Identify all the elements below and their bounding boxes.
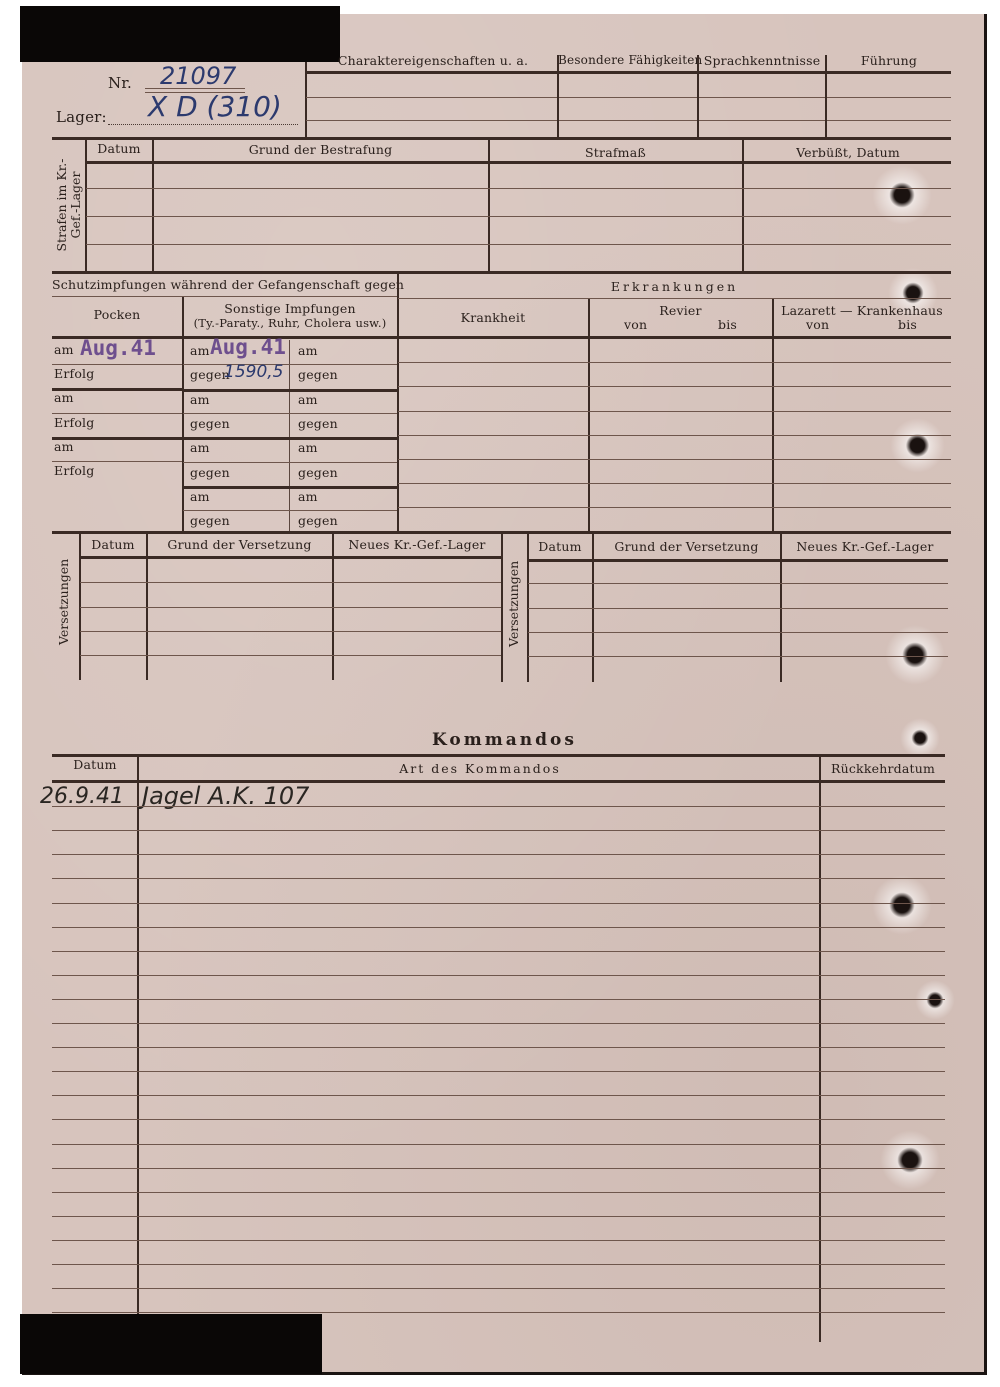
redaction-top-left	[20, 6, 340, 62]
punishments-side-label: Strafen im Kr.-Gef.-Lager	[55, 151, 85, 259]
transfers-left-header-camp: Neues Kr.-Gef.-Lager	[333, 537, 501, 552]
sonstige-row-rule	[183, 413, 397, 414]
pocken-row-label: Erfolg	[54, 415, 94, 430]
prisoner-number: 21097	[160, 62, 236, 90]
transfers-header-rule	[528, 559, 948, 562]
sonstige-header-2: (Ty.-Paraty., Ruhr, Cholera usw.)	[183, 316, 397, 330]
kommandos-top-rule	[52, 754, 945, 757]
sonstige-col2-label: am	[298, 440, 318, 455]
kommando-row-rule	[52, 1047, 945, 1048]
sonstige-col2-label: gegen	[298, 513, 338, 528]
traits-row-rule	[306, 97, 951, 98]
sonstige-col2-label: am	[298, 343, 318, 358]
sonstige-col2-label: am	[298, 392, 318, 407]
transfers-right-side-label: Versetzungen	[507, 567, 521, 647]
kommando-row-rule	[52, 999, 945, 1000]
punishments-col-rule	[85, 139, 87, 271]
illness-row-rule	[398, 507, 951, 508]
section-rule	[52, 137, 951, 140]
illnesses-title: Erkrankungen	[398, 279, 951, 294]
sonstige-col1-label: am	[190, 392, 210, 407]
illness-row-rule	[398, 362, 951, 363]
sonstige-col2-label: gegen	[298, 465, 338, 480]
illnesses-col-rule	[772, 299, 774, 531]
record-card	[22, 14, 987, 1375]
sonstige-col1-label: gegen	[190, 416, 230, 431]
illnesses-header-rule	[398, 336, 951, 339]
lager-dotted-line	[108, 124, 298, 125]
sonstige-row-rule	[183, 364, 397, 365]
kommando-row-rule	[52, 1168, 945, 1169]
kommando-row-rule	[52, 1264, 945, 1265]
illnesses-col-rule	[588, 299, 590, 531]
pocken-row-rule	[52, 461, 182, 462]
kommando-row-rule	[52, 1119, 945, 1120]
transfer-row-rule	[528, 608, 948, 609]
punch-hole	[915, 980, 955, 1020]
kommando-row-rule	[52, 854, 945, 855]
punishments-header-rule	[86, 161, 951, 164]
traits-header-languages: Sprachkenntnisse	[698, 53, 826, 68]
transfers-left-header-reason: Grund der Versetzung	[147, 537, 332, 552]
illness-row-rule	[398, 459, 951, 460]
transfer-row-rule	[528, 632, 948, 633]
punishments-col-rule	[152, 139, 154, 271]
revier-von-label: von	[624, 317, 647, 332]
pocken-stamp: Aug.41	[80, 336, 156, 360]
kommando-row-rule	[52, 1071, 945, 1072]
pocken-row-rule	[52, 413, 182, 414]
kommandos-col-rule	[819, 756, 821, 1342]
transfer-row-rule	[80, 631, 501, 632]
illness-row-rule	[398, 483, 951, 484]
sonstige-row-rule	[183, 437, 397, 440]
kommando-row-rule	[52, 1192, 945, 1193]
lazarett-bis-label: bis	[898, 317, 917, 332]
traits-header-character: Charaktereigenschaften u. a.	[308, 53, 558, 68]
transfer-row-rule	[80, 582, 501, 583]
transfers-right-header-reason: Grund der Versetzung	[593, 539, 780, 554]
kommando-row-rule	[52, 1312, 945, 1313]
transfers-left-side-label: Versetzungen	[57, 565, 71, 645]
traits-header-rule	[306, 71, 951, 74]
sonstige-col1-label: am	[190, 343, 210, 358]
transfer-row-rule	[80, 655, 501, 656]
sonstige-col2-label: gegen	[298, 416, 338, 431]
punch-hole	[885, 625, 945, 685]
punishments-side-text: Strafen im Kr.-Gef.-Lager	[54, 158, 83, 251]
kommando-row-rule	[52, 830, 945, 831]
kommandos-title: Kommandos	[432, 730, 577, 750]
illnesses-title-rule	[398, 298, 951, 299]
kommando-row-rule	[52, 878, 945, 879]
kommandos-header-type: Art des Kommandos	[140, 761, 820, 776]
kommando-row-rule	[52, 1216, 945, 1217]
traits-header-abilities: Besondere Fähigkeiten	[558, 53, 698, 67]
vaccinations-col-rule	[182, 297, 184, 531]
illness-row-rule	[398, 435, 951, 436]
redaction-bottom-left	[20, 1314, 322, 1374]
punch-hole	[880, 1130, 940, 1190]
vaccinations-title: Schutzimpfungen während der Gefangenscha…	[52, 277, 397, 292]
lager-value: X D (310)	[148, 90, 282, 123]
sonstige-col2-label: gegen	[298, 367, 338, 382]
sonstige-col1-label: am	[190, 489, 210, 504]
pocken-row-label: am	[54, 390, 74, 405]
sonstige-stamp: Aug.41	[210, 335, 286, 359]
illness-row-rule	[398, 411, 951, 412]
transfers-col-rule	[501, 534, 503, 682]
revier-header: Revier	[589, 303, 772, 318]
transfer-row-rule	[528, 583, 948, 584]
kommando-row-rule	[52, 1144, 945, 1145]
lazarett-von-label: von	[806, 317, 829, 332]
sonstige-handwritten: 1590,5	[224, 362, 283, 382]
punishments-header-sentence: Strafmaß	[489, 145, 742, 160]
punishments-header-served: Verbüßt, Datum	[743, 145, 953, 160]
pocken-header: Pocken	[52, 307, 182, 322]
kommando-row-rule	[52, 1240, 945, 1241]
revier-bis-label: bis	[718, 317, 737, 332]
pocken-row-label: am	[54, 439, 74, 454]
traits-col-rule	[697, 55, 699, 137]
traits-col-rule	[825, 55, 827, 137]
vaccinations-title-rule	[52, 296, 397, 297]
sonstige-col1-label: gegen	[190, 465, 230, 480]
traits-col-rule	[557, 55, 559, 137]
krankheit-header: Krankheit	[398, 310, 588, 325]
sonstige-row-rule	[183, 389, 397, 392]
transfer-row-rule	[80, 607, 501, 608]
sonstige-row-rule	[183, 510, 397, 511]
kommando-row-rule	[52, 1023, 945, 1024]
pocken-row-rule	[52, 364, 182, 365]
punishments-row-rule	[86, 188, 951, 189]
lager-label: Lager:	[56, 108, 107, 126]
kommando-row-rule	[52, 903, 945, 904]
kommando-row-rule	[52, 975, 945, 976]
punch-hole	[900, 718, 940, 758]
pocken-row-label: Erfolg	[54, 463, 94, 478]
sonstige-col1-label: gegen	[190, 513, 230, 528]
transfers-right-header-date: Datum	[528, 539, 592, 554]
section-rule	[52, 271, 951, 274]
pocken-row-label: Erfolg	[54, 366, 94, 381]
traits-row-rule	[306, 120, 951, 121]
sonstige-header-1: Sonstige Impfungen	[183, 301, 397, 316]
kommandos-header-return: Rückkehrdatum	[821, 761, 945, 776]
sonstige-col1-label: am	[190, 440, 210, 455]
kommandos-col-rule	[137, 754, 139, 1314]
vaccinations-col-rule	[289, 340, 290, 531]
punch-hole	[890, 418, 945, 473]
transfers-header-rule	[80, 556, 501, 559]
sonstige-row-rule	[183, 486, 397, 489]
pocken-row-label: am	[54, 342, 74, 357]
kommando-row-rule	[52, 951, 945, 952]
kommando-row-rule	[52, 1288, 945, 1289]
punishments-row-rule	[86, 244, 951, 245]
kommandos-header-date: Datum	[52, 757, 138, 772]
nr-label: Nr.	[108, 74, 132, 92]
kommando-row-rule	[52, 927, 945, 928]
punishments-header-date: Datum	[86, 141, 152, 156]
punishments-row-rule	[86, 216, 951, 217]
illness-row-rule	[398, 386, 951, 387]
sonstige-col2-label: am	[298, 489, 318, 504]
lazarett-header: Lazarett — Krankenhaus	[773, 303, 951, 318]
transfer-row-rule	[528, 656, 948, 657]
transfers-right-header-camp: Neues Kr.-Gef.-Lager	[781, 539, 949, 554]
transfers-left-header-date: Datum	[80, 537, 146, 552]
sonstige-row-rule	[183, 462, 397, 463]
punishments-header-reason: Grund der Bestrafung	[153, 142, 488, 157]
kommando-row-rule	[52, 1095, 945, 1096]
traits-header-conduct: Führung	[826, 53, 952, 68]
kommando-row-rule	[52, 806, 945, 807]
